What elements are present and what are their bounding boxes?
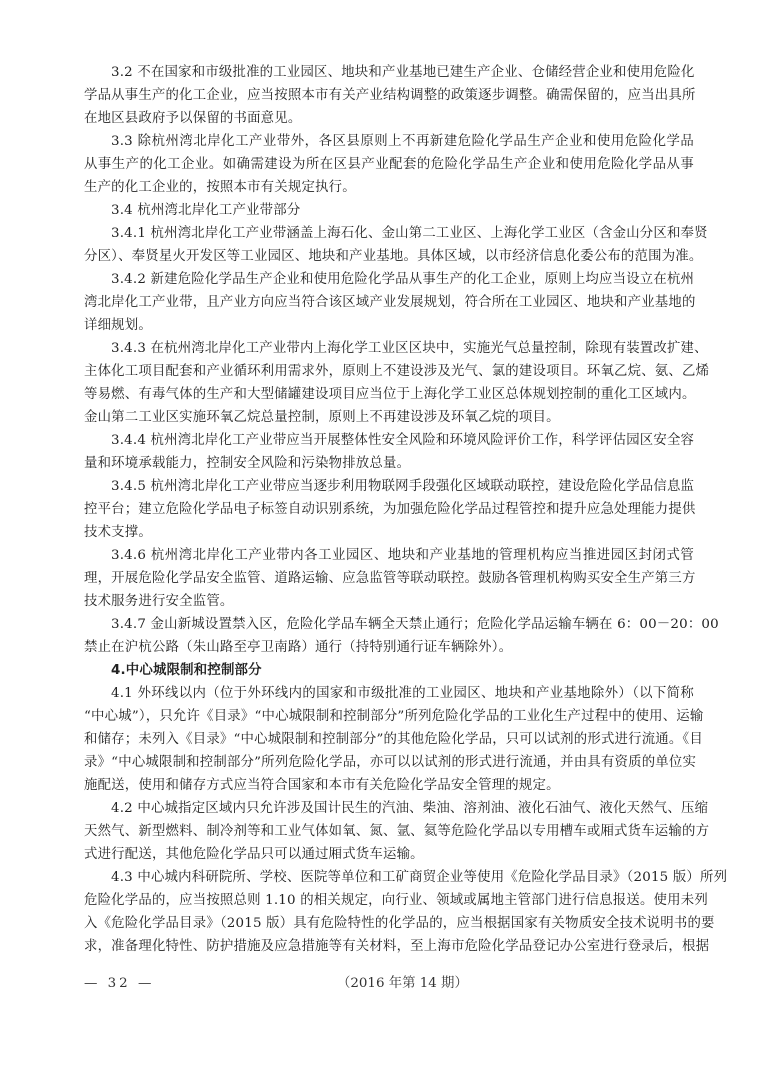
paragraph-3-3-line-1: 3.3 除杭州湾北岸化工产业带外，各区县原则上不再新建危险化学品生产企业和使用危…: [84, 130, 694, 153]
paragraph-3-4-7-line-2: 禁止在沪杭公路（朱山路至亭卫南路）通行（持特别通行证车辆除外）。: [84, 636, 694, 659]
paragraph-3-4-6-line-3: 技术服务进行安全监管。: [84, 590, 694, 613]
paragraph-3-4-5-line-2: 控平台；建立危险化学品电子标签自动识别系统，为加强危险化学品过程管控和提升应急处…: [84, 498, 694, 521]
paragraph-3-4-2-line-2: 湾北岸化工产业带，且产业方向应当符合该区域产业发展规划，符合所在工业园区、地块和…: [84, 291, 694, 314]
paragraph-3-4-5-line-3: 技术支撑。: [84, 521, 694, 544]
paragraph-4-2-line-1: 4.2 中心城指定区域内只允许涉及国计民生的汽油、柴油、溶剂油、液化石油气、液化…: [84, 797, 694, 820]
paragraph-3-2-line-2: 学品从事生产的化工企业，应当按照本市有关产业结构调整的政策逐步调整。确需保留的，…: [84, 84, 694, 107]
paragraph-4-2-line-2: 天然气、新型燃料、制冷剂等和工业气体如氧、氮、氩、氦等危险化学品以专用槽车或厢式…: [84, 820, 694, 843]
paragraph-4-1-line-4: 录》“中心城限制和控制部分”所列危险化学品，亦可以以试剂的形式进行流通，并由具有…: [84, 751, 694, 774]
paragraph-3-4-1-line-1: 3.4.1 杭州湾北岸化工产业带涵盖上海石化、金山第二工业区、上海化学工业区（含…: [84, 222, 694, 245]
section-3-4-title: 3.4 杭州湾北岸化工产业带部分: [84, 199, 694, 222]
paragraph-3-2-line-3: 在地区县政府予以保留的书面意见。: [84, 107, 694, 130]
paragraph-3-3-line-3: 生产的化工企业的，按照本市有关规定执行。: [84, 176, 694, 199]
paragraph-4-1-line-3: 和储存；未列入《目录》“中心城限制和控制部分”的其他危险化学品，只可以试剂的形式…: [84, 728, 694, 751]
paragraph-3-4-6-line-1: 3.4.6 杭州湾北岸化工产业带内各工业园区、地块和产业基地的管理机构应当推进园…: [84, 544, 694, 567]
paragraph-3-4-5-line-1: 3.4.5 杭州湾北岸化工产业带应当逐步利用物联网手段强化区域联动联控，建设危险…: [84, 475, 694, 498]
issue-label: （2016 年第 14 期）: [337, 973, 468, 995]
paragraph-3-2-line-1: 3.2 不在国家和市级批准的工业园区、地块和产业基地已建生产企业、仓储经营企业和…: [84, 61, 694, 84]
paragraph-4-3-line-4: 求，准备理化特性、防护措施及应急措施等有关材料，至上海市危险化学品登记办公室进行…: [84, 935, 694, 958]
paragraph-3-4-1-line-2: 分区）、奉贤星火开发区等工业园区、地块和产业基地。具体区域，以市经济信息化委公布…: [84, 245, 694, 268]
section-4-heading: 4.中心城限制和控制部分: [84, 659, 694, 682]
document-body: 3.2 不在国家和市级批准的工业园区、地块和产业基地已建生产企业、仓储经营企业和…: [84, 61, 694, 958]
page-footer: — 32 — （2016 年第 14 期）: [84, 973, 694, 995]
paragraph-3-4-7-line-1: 3.4.7 金山新城设置禁入区，危险化学品车辆全天禁止通行；危险化学品运输车辆在…: [84, 613, 694, 636]
page-number: — 32 —: [84, 973, 154, 995]
paragraph-3-4-2-line-1: 3.4.2 新建危险化学品生产企业和使用危险化学品从事生产的化工企业，原则上均应…: [84, 268, 694, 291]
paragraph-3-4-3-line-2: 主体化工项目配套和产业循环利用需求外，原则上不建设涉及光气、氯的建设项目。环氧乙…: [84, 360, 694, 383]
paragraph-3-4-3-line-1: 3.4.3 在杭州湾北岸化工产业带内上海化学工业区区块中，实施光气总量控制，除现…: [84, 337, 694, 360]
paragraph-3-4-2-line-3: 详细规划。: [84, 314, 694, 337]
paragraph-3-3-line-2: 从事生产的化工企业。如确需建设为所在区县产业配套的危险化学品生产企业和使用危险化…: [84, 153, 694, 176]
paragraph-3-4-6-line-2: 理，开展危险化学品安全监管、道路运输、应急监管等联动联控。鼓励各管理机构购买安全…: [84, 567, 694, 590]
paragraph-4-1-line-5: 施配送，使用和储存方式应当符合国家和本市有关危险化学品安全管理的规定。: [84, 774, 694, 797]
paragraph-4-3-line-1: 4.3 中心城内科研院所、学校、医院等单位和工矿商贸企业等使用《危险化学品目录》…: [84, 866, 694, 889]
paragraph-4-2-line-3: 式进行配送，其他危险化学品只可以通过厢式货车运输。: [84, 843, 694, 866]
paragraph-4-1-line-1: 4.1 外环线以内（位于外环线内的国家和市级批准的工业园区、地块和产业基地除外）…: [84, 682, 694, 705]
paragraph-3-4-4-line-2: 量和环境承载能力，控制安全风险和污染物排放总量。: [84, 452, 694, 475]
paragraph-3-4-4-line-1: 3.4.4 杭州湾北岸化工产业带应当开展整体性安全风险和环境风险评价工作，科学评…: [84, 429, 694, 452]
paragraph-4-3-line-2: 危险化学品的，应当按照总则 1.10 的相关规定，向行业、领域或属地主管部门进行…: [84, 889, 694, 912]
paragraph-4-1-line-2: “中心城”），只允许《目录》“中心城限制和控制部分”所列危险化学品的工业化生产过…: [84, 705, 694, 728]
paragraph-3-4-3-line-3: 等易燃、有毒气体的生产和大型储罐建设项目应当位于上海化学工业区总体规划控制的重化…: [84, 383, 694, 406]
paragraph-4-3-line-3: 入《危险化学品目录》（2015 版）具有危险特性的化学品的，应当根据国家有关物质…: [84, 912, 694, 935]
paragraph-3-4-3-line-4: 金山第二工业区实施环氧乙烷总量控制，原则上不再建设涉及环氧乙烷的项目。: [84, 406, 694, 429]
